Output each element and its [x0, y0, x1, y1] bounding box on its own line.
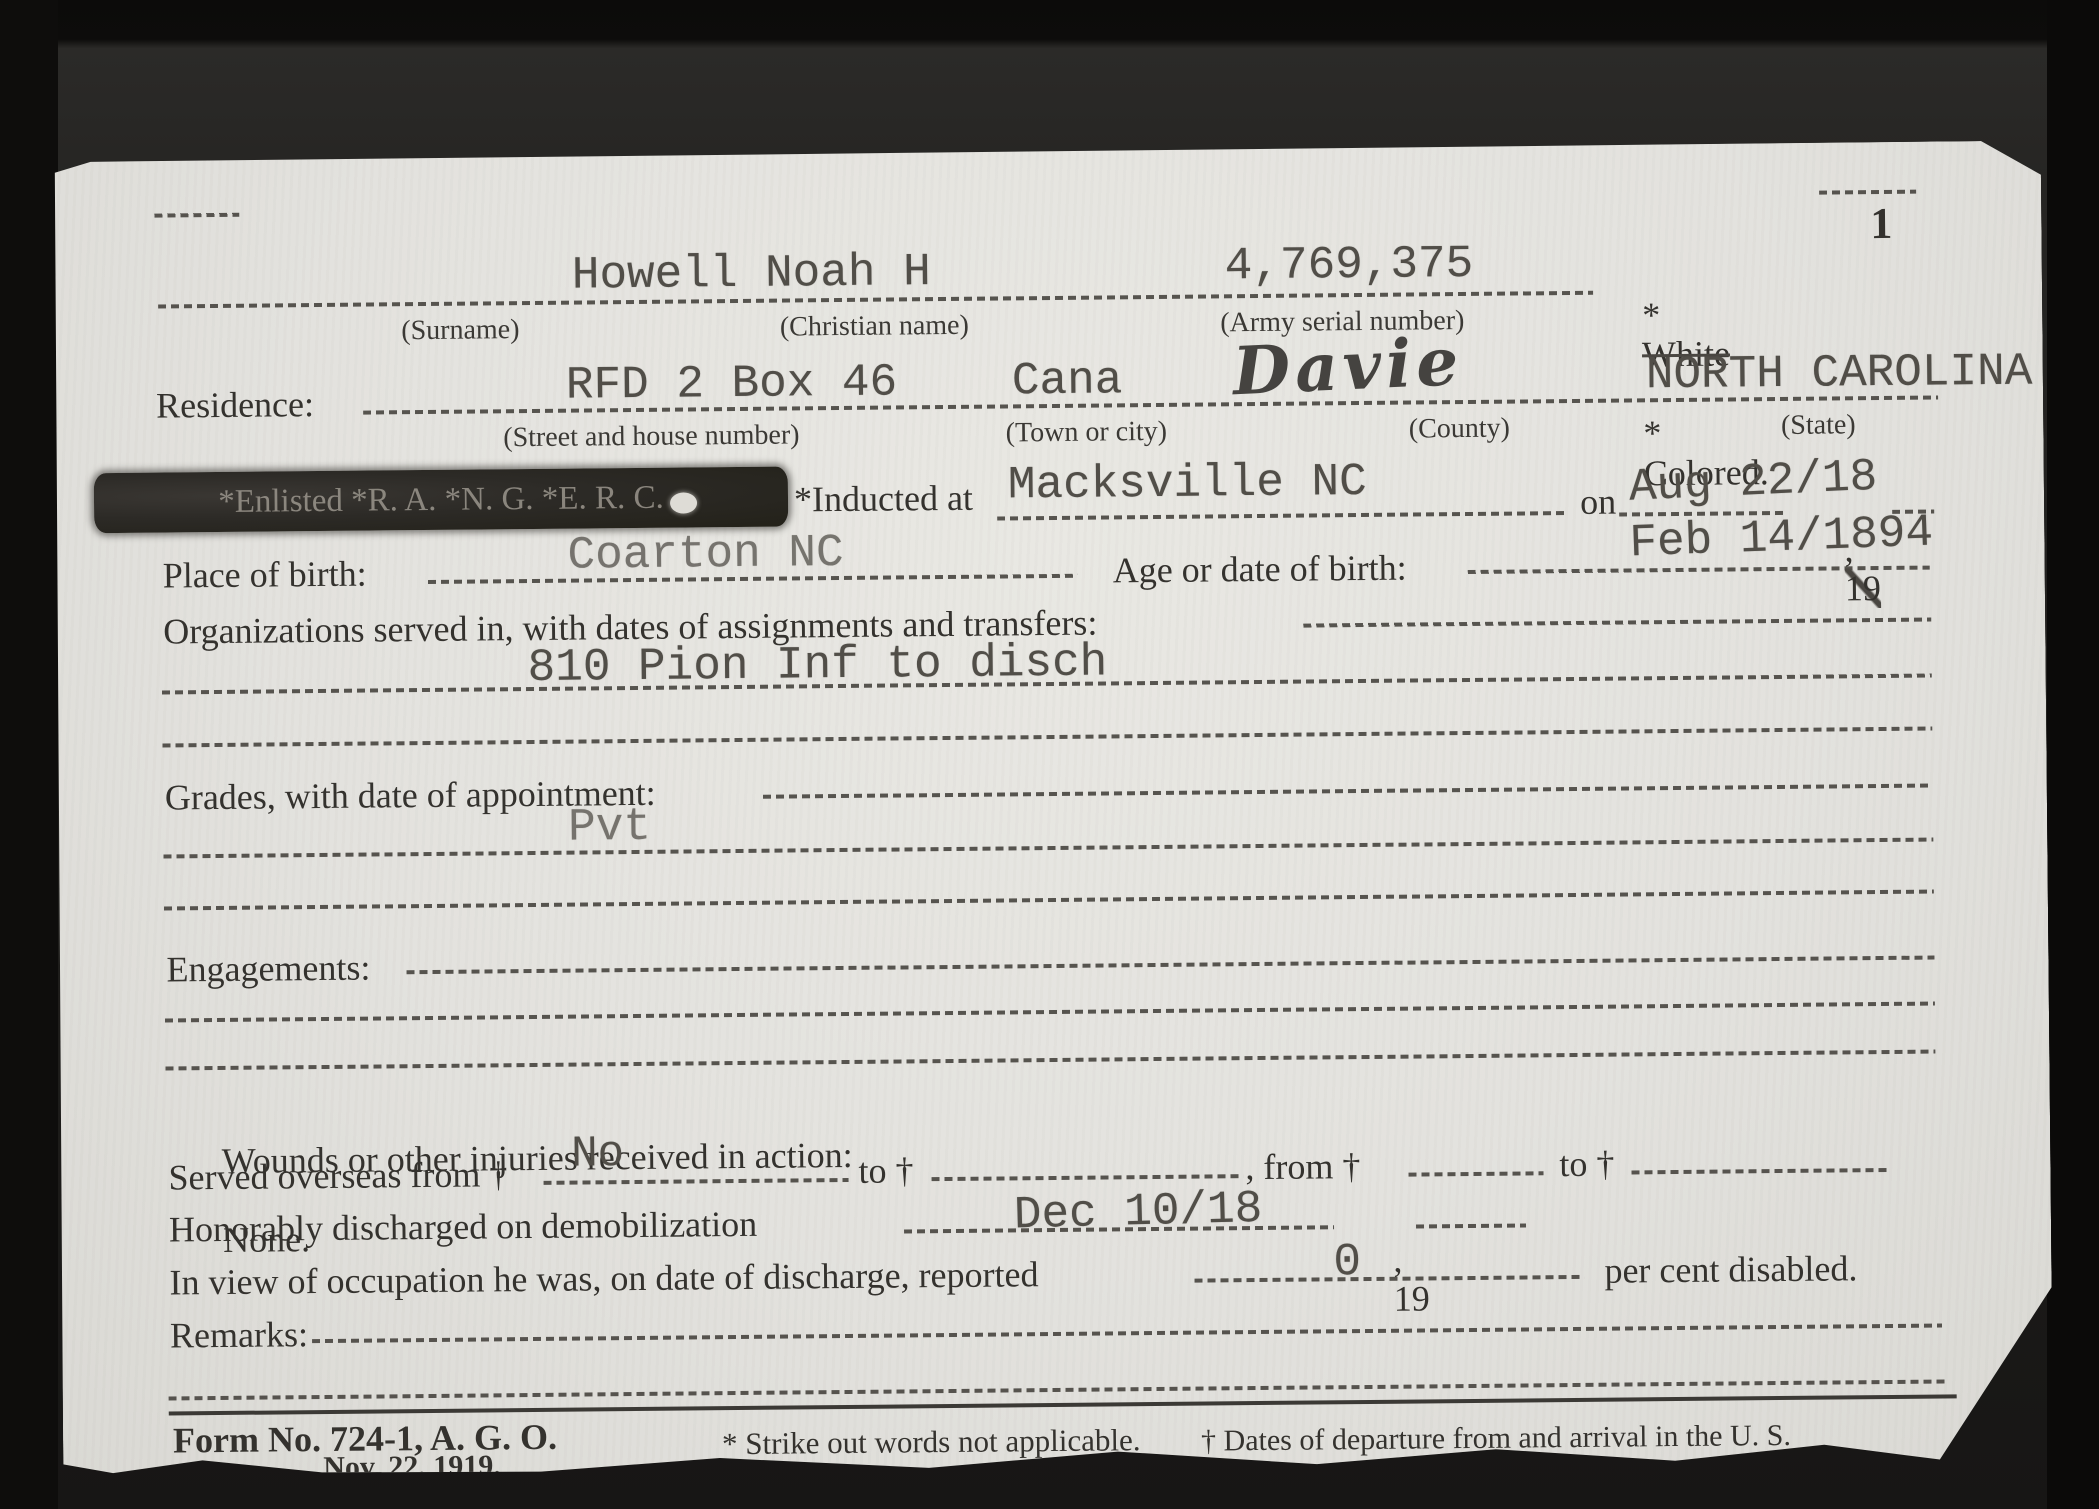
residence-state-value: NORTH CAROLINA	[1646, 349, 2033, 399]
christian-name-label: (Christian name)	[764, 311, 984, 344]
strike-out-note: * Strike out words not applicable.	[722, 1423, 1141, 1461]
overseas-to2-label: to †	[1559, 1145, 1614, 1185]
top-right-short-rule	[1819, 190, 1916, 195]
residence-street-value: RFD 2 Box 46	[566, 359, 898, 408]
discharge-label: Honorably discharged on demobilization	[169, 1205, 758, 1250]
right-dark-strip	[2047, 0, 2099, 1509]
residence-label: Residence:	[156, 385, 314, 426]
grade-value: Pvt	[568, 804, 651, 851]
residence-town-value: Cana	[1012, 357, 1123, 404]
year-19-struck: 19	[1845, 568, 1881, 608]
scanned-photo-background: 1 Howell Noah H 4,769,375 * White * Colo…	[0, 0, 2099, 1509]
street-label: (Street and house number)	[501, 420, 801, 454]
form-date: Nov. 22, 1919.	[323, 1449, 501, 1484]
left-dark-strip	[0, 0, 58, 1509]
overseas-rule-2	[932, 1174, 1244, 1181]
discharge-date-value: Dec 10/18	[1013, 1186, 1263, 1239]
struck-enlistment-text: *Enlisted *R. A. *N. G. *E. R. C.	[218, 479, 664, 520]
dagger-note: † Dates of departure from and arrival in…	[1201, 1419, 1791, 1458]
date-of-birth-value: Feb 14/1894	[1629, 510, 1934, 567]
surname-christian-name-value: Howell Noah H	[572, 249, 931, 298]
disability-percent-value: 0	[1333, 1239, 1361, 1285]
remarks-label: Remarks:	[170, 1315, 308, 1356]
age-or-date-of-birth-label: Age or date of birth:	[1113, 549, 1407, 591]
service-record-card: 1 Howell Noah H 4,769,375 * White * Colo…	[51, 140, 2054, 1477]
on-label: on	[1580, 483, 1616, 523]
discharge-year-comma: ,	[1393, 1239, 1411, 1279]
overseas-rule-4	[1631, 1168, 1888, 1174]
grades-rule-2	[163, 838, 1933, 859]
inducted-place-value: Macksville NC	[1008, 459, 1367, 508]
grades-rule-1	[763, 784, 1933, 799]
grades-rule-3	[164, 890, 1934, 911]
overseas-from1-label: Served overseas from †	[168, 1155, 507, 1198]
race-star-2: *	[1643, 414, 1661, 454]
organizations-rule-3	[162, 727, 1932, 748]
overseas-from2-label: , from †	[1245, 1147, 1360, 1188]
engagements-rule-3	[165, 1050, 1935, 1071]
inducted-at-label: *Inducted at	[794, 479, 973, 520]
page-number: 1	[1841, 200, 1921, 249]
engagements-rule-2	[165, 1002, 1935, 1023]
race-star-1: *	[1642, 295, 1660, 335]
top-left-short-rule	[154, 213, 239, 218]
inducted-place-rule	[997, 511, 1567, 520]
overseas-from1-value: No	[571, 1132, 624, 1177]
army-serial-number-value: 4,769,375	[1225, 241, 1474, 289]
disability-suffix-label: per cent disabled.	[1604, 1249, 1857, 1291]
disability-label: In view of occupation he was, on date of…	[169, 1255, 1038, 1303]
discharge-rule-2	[1416, 1223, 1526, 1228]
state-label: (State)	[1718, 410, 1918, 443]
overseas-rule-3	[1409, 1171, 1544, 1176]
town-label: (Town or city)	[976, 417, 1196, 450]
discharge-year-19: 19	[1394, 1279, 1430, 1319]
place-of-birth-label: Place of birth:	[163, 555, 367, 597]
engagements-label: Engagements:	[166, 949, 370, 991]
county-label: (County)	[1359, 413, 1559, 446]
overseas-to1-label: to †	[858, 1151, 913, 1191]
engagements-rule-1	[407, 956, 1935, 975]
remarks-rule	[312, 1323, 1942, 1343]
residence-county-handwritten-value: Davie	[1231, 322, 1465, 410]
blackout-hole-spot	[670, 493, 697, 514]
surname-label: (Surname)	[370, 315, 550, 348]
place-of-birth-value: Coarton NC	[567, 530, 843, 579]
blacked-out-enlistment-options: *Enlisted *R. A. *N. G. *E. R. C.	[94, 467, 789, 534]
